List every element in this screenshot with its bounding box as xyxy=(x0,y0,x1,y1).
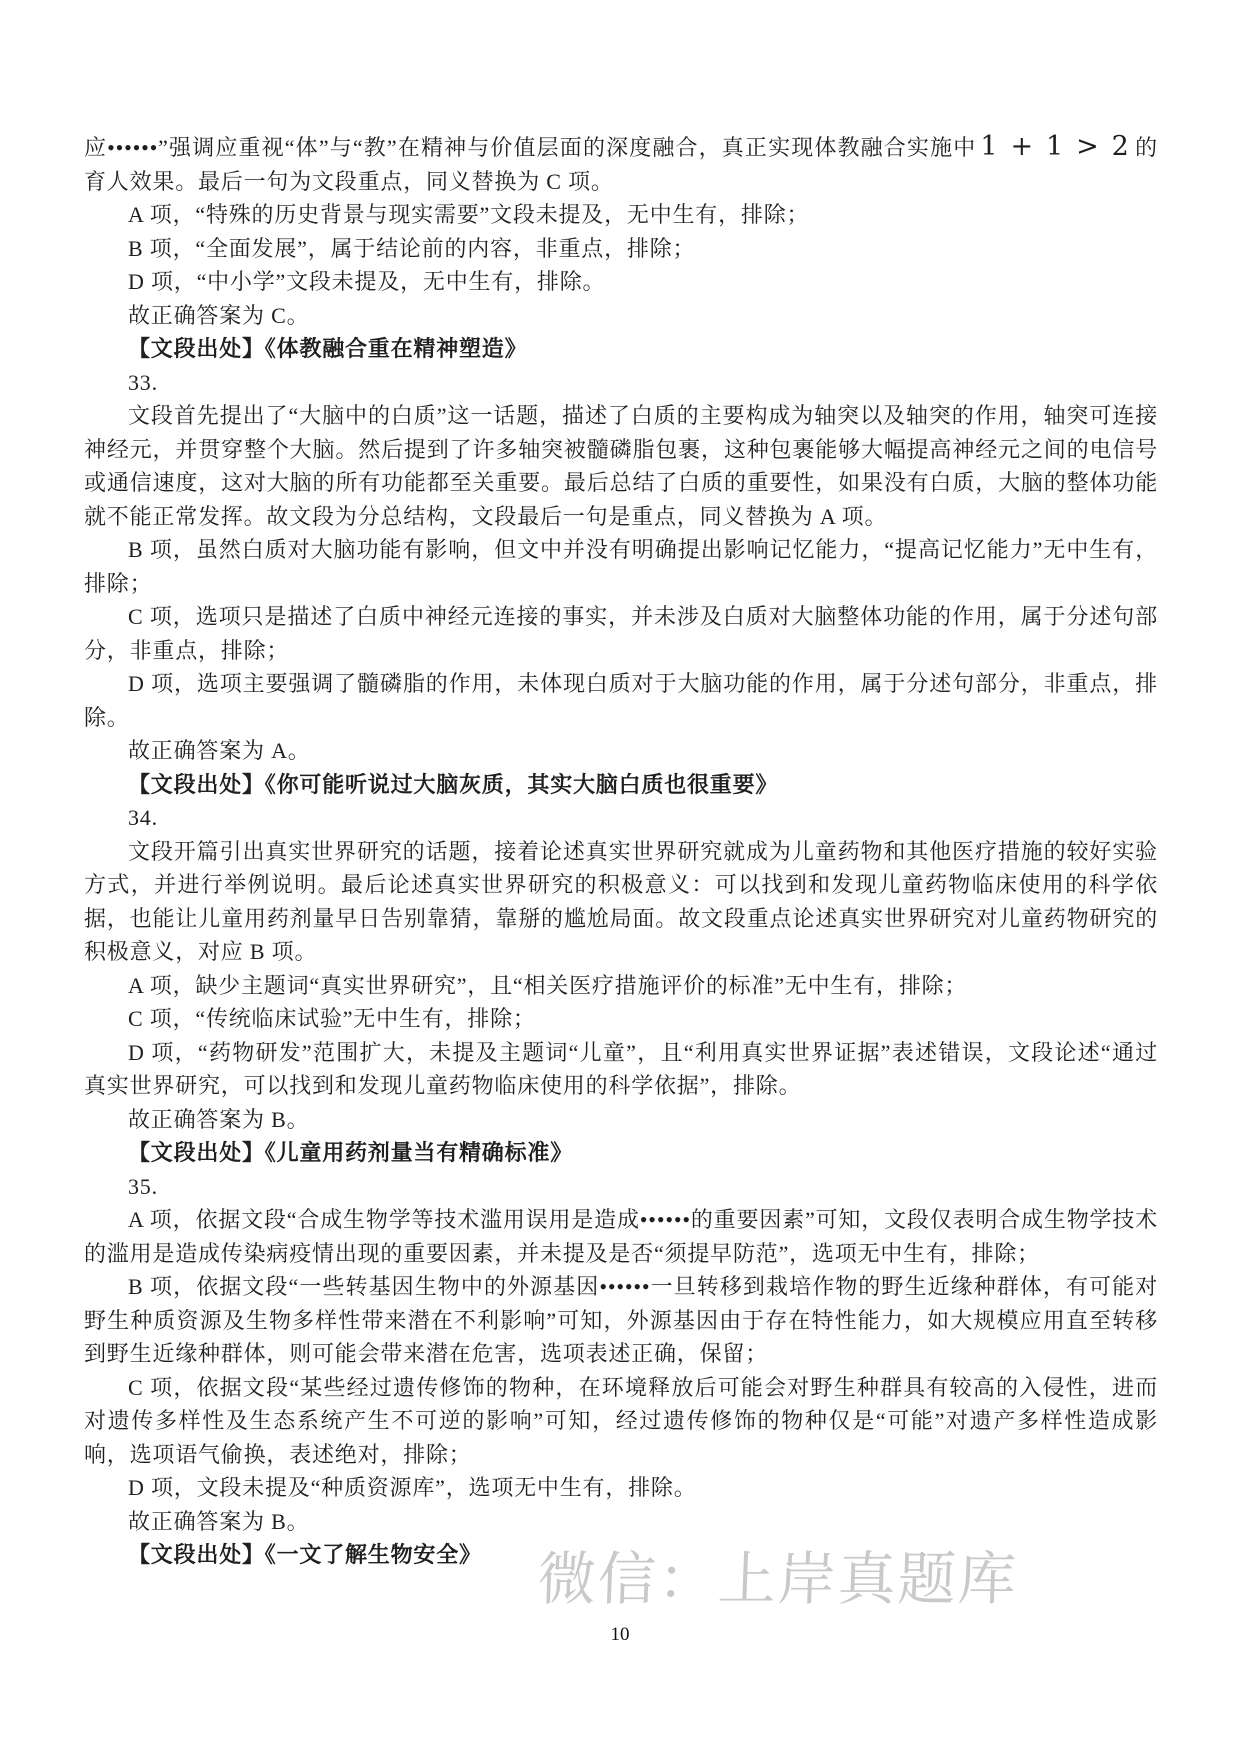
document-page: 应••••••”强调应重视“体”与“教”在精神与价值层面的深度融合，真正实现体教… xyxy=(0,0,1240,1754)
para-q33-answer: 故正确答案为 A。 xyxy=(84,734,1158,768)
para-q35-option-b: B 项，依据文段“一些转基因生物中的外源基因••••••一旦转移到栽培作物的野生… xyxy=(84,1270,1158,1371)
para-q34-source: 【文段出处】《儿童用药剂量当有精确标准》 xyxy=(84,1136,1158,1170)
para-q33-option-b: B 项，虽然白质对大脑功能有影响，但文中并没有明确提出影响记忆能力，“提高记忆能… xyxy=(84,533,1158,600)
answer-explanations: 应••••••”强调应重视“体”与“教”在精神与价值层面的深度融合，真正实现体教… xyxy=(84,130,1158,1572)
para-q32-source: 【文段出处】《体教融合重在精神塑造》 xyxy=(84,332,1158,366)
para-q35-source: 【文段出处】《一文了解生物安全》 xyxy=(84,1538,1158,1572)
para-q32-conclusion: 应••••••”强调应重视“体”与“教”在精神与价值层面的深度融合，真正实现体教… xyxy=(84,130,1158,198)
question-number-34: 34. xyxy=(84,801,1158,835)
para-q34-answer: 故正确答案为 B。 xyxy=(84,1103,1158,1137)
para-q34-option-a: A 项，缺少主题词“真实世界研究”，且“相关医疗措施评价的标准”无中生有，排除； xyxy=(84,969,1158,1003)
para-q35-option-d: D 项，文段未提及“种质资源库”，选项无中生有，排除。 xyxy=(84,1471,1158,1505)
para-q33-option-d: D 项，选项主要强调了髓磷脂的作用，未体现白质对于大脑功能的作用，属于分述句部分… xyxy=(84,667,1158,734)
para-q32-answer: 故正确答案为 C。 xyxy=(84,299,1158,333)
para-q35-answer: 故正确答案为 B。 xyxy=(84,1505,1158,1539)
para-q34-option-d: D 项，“药物研发”范围扩大，未提及主题词“儿童”，且“利用真实世界证据”表述错… xyxy=(84,1036,1158,1103)
para-q33-source: 【文段出处】《你可能听说过大脑灰质，其实大脑白质也很重要》 xyxy=(84,768,1158,802)
para-q32-option-b: B 项，“全面发展”，属于结论前的内容，非重点，排除； xyxy=(84,232,1158,266)
para-q35-option-c: C 项，依据文段“某些经过遗传修饰的物种，在环境释放后可能会对野生种群具有较高的… xyxy=(84,1371,1158,1472)
text-run: 应••••••”强调应重视“体”与“教”在精神与价值层面的深度融合，真正实现体教… xyxy=(84,135,976,160)
para-q33-option-c: C 项，选项只是描述了白质中神经元连接的事实，并未涉及白质对大脑整体功能的作用，… xyxy=(84,600,1158,667)
page-number: 10 xyxy=(0,1624,1240,1646)
para-q32-option-a: A 项，“特殊的历史背景与现实需要”文段未提及，无中生有，排除； xyxy=(84,198,1158,232)
math-formula: 1 + 1 > 2 xyxy=(976,131,1134,162)
para-q35-option-a: A 项，依据文段“合成生物学等技术滥用误用是造成••••••的重要因素”可知，文… xyxy=(84,1203,1158,1270)
question-number-33: 33. xyxy=(84,366,1158,400)
para-q34-analysis: 文段开篇引出真实世界研究的话题，接着论述真实世界研究就成为儿童药物和其他医疗措施… xyxy=(84,835,1158,969)
para-q32-option-d: D 项，“中小学”文段未提及，无中生有，排除。 xyxy=(84,265,1158,299)
para-q34-option-c: C 项，“传统临床试验”无中生有，排除； xyxy=(84,1002,1158,1036)
question-number-35: 35. xyxy=(84,1170,1158,1204)
para-q33-analysis: 文段首先提出了“大脑中的白质”这一话题，描述了白质的主要构成为轴突以及轴突的作用… xyxy=(84,399,1158,533)
